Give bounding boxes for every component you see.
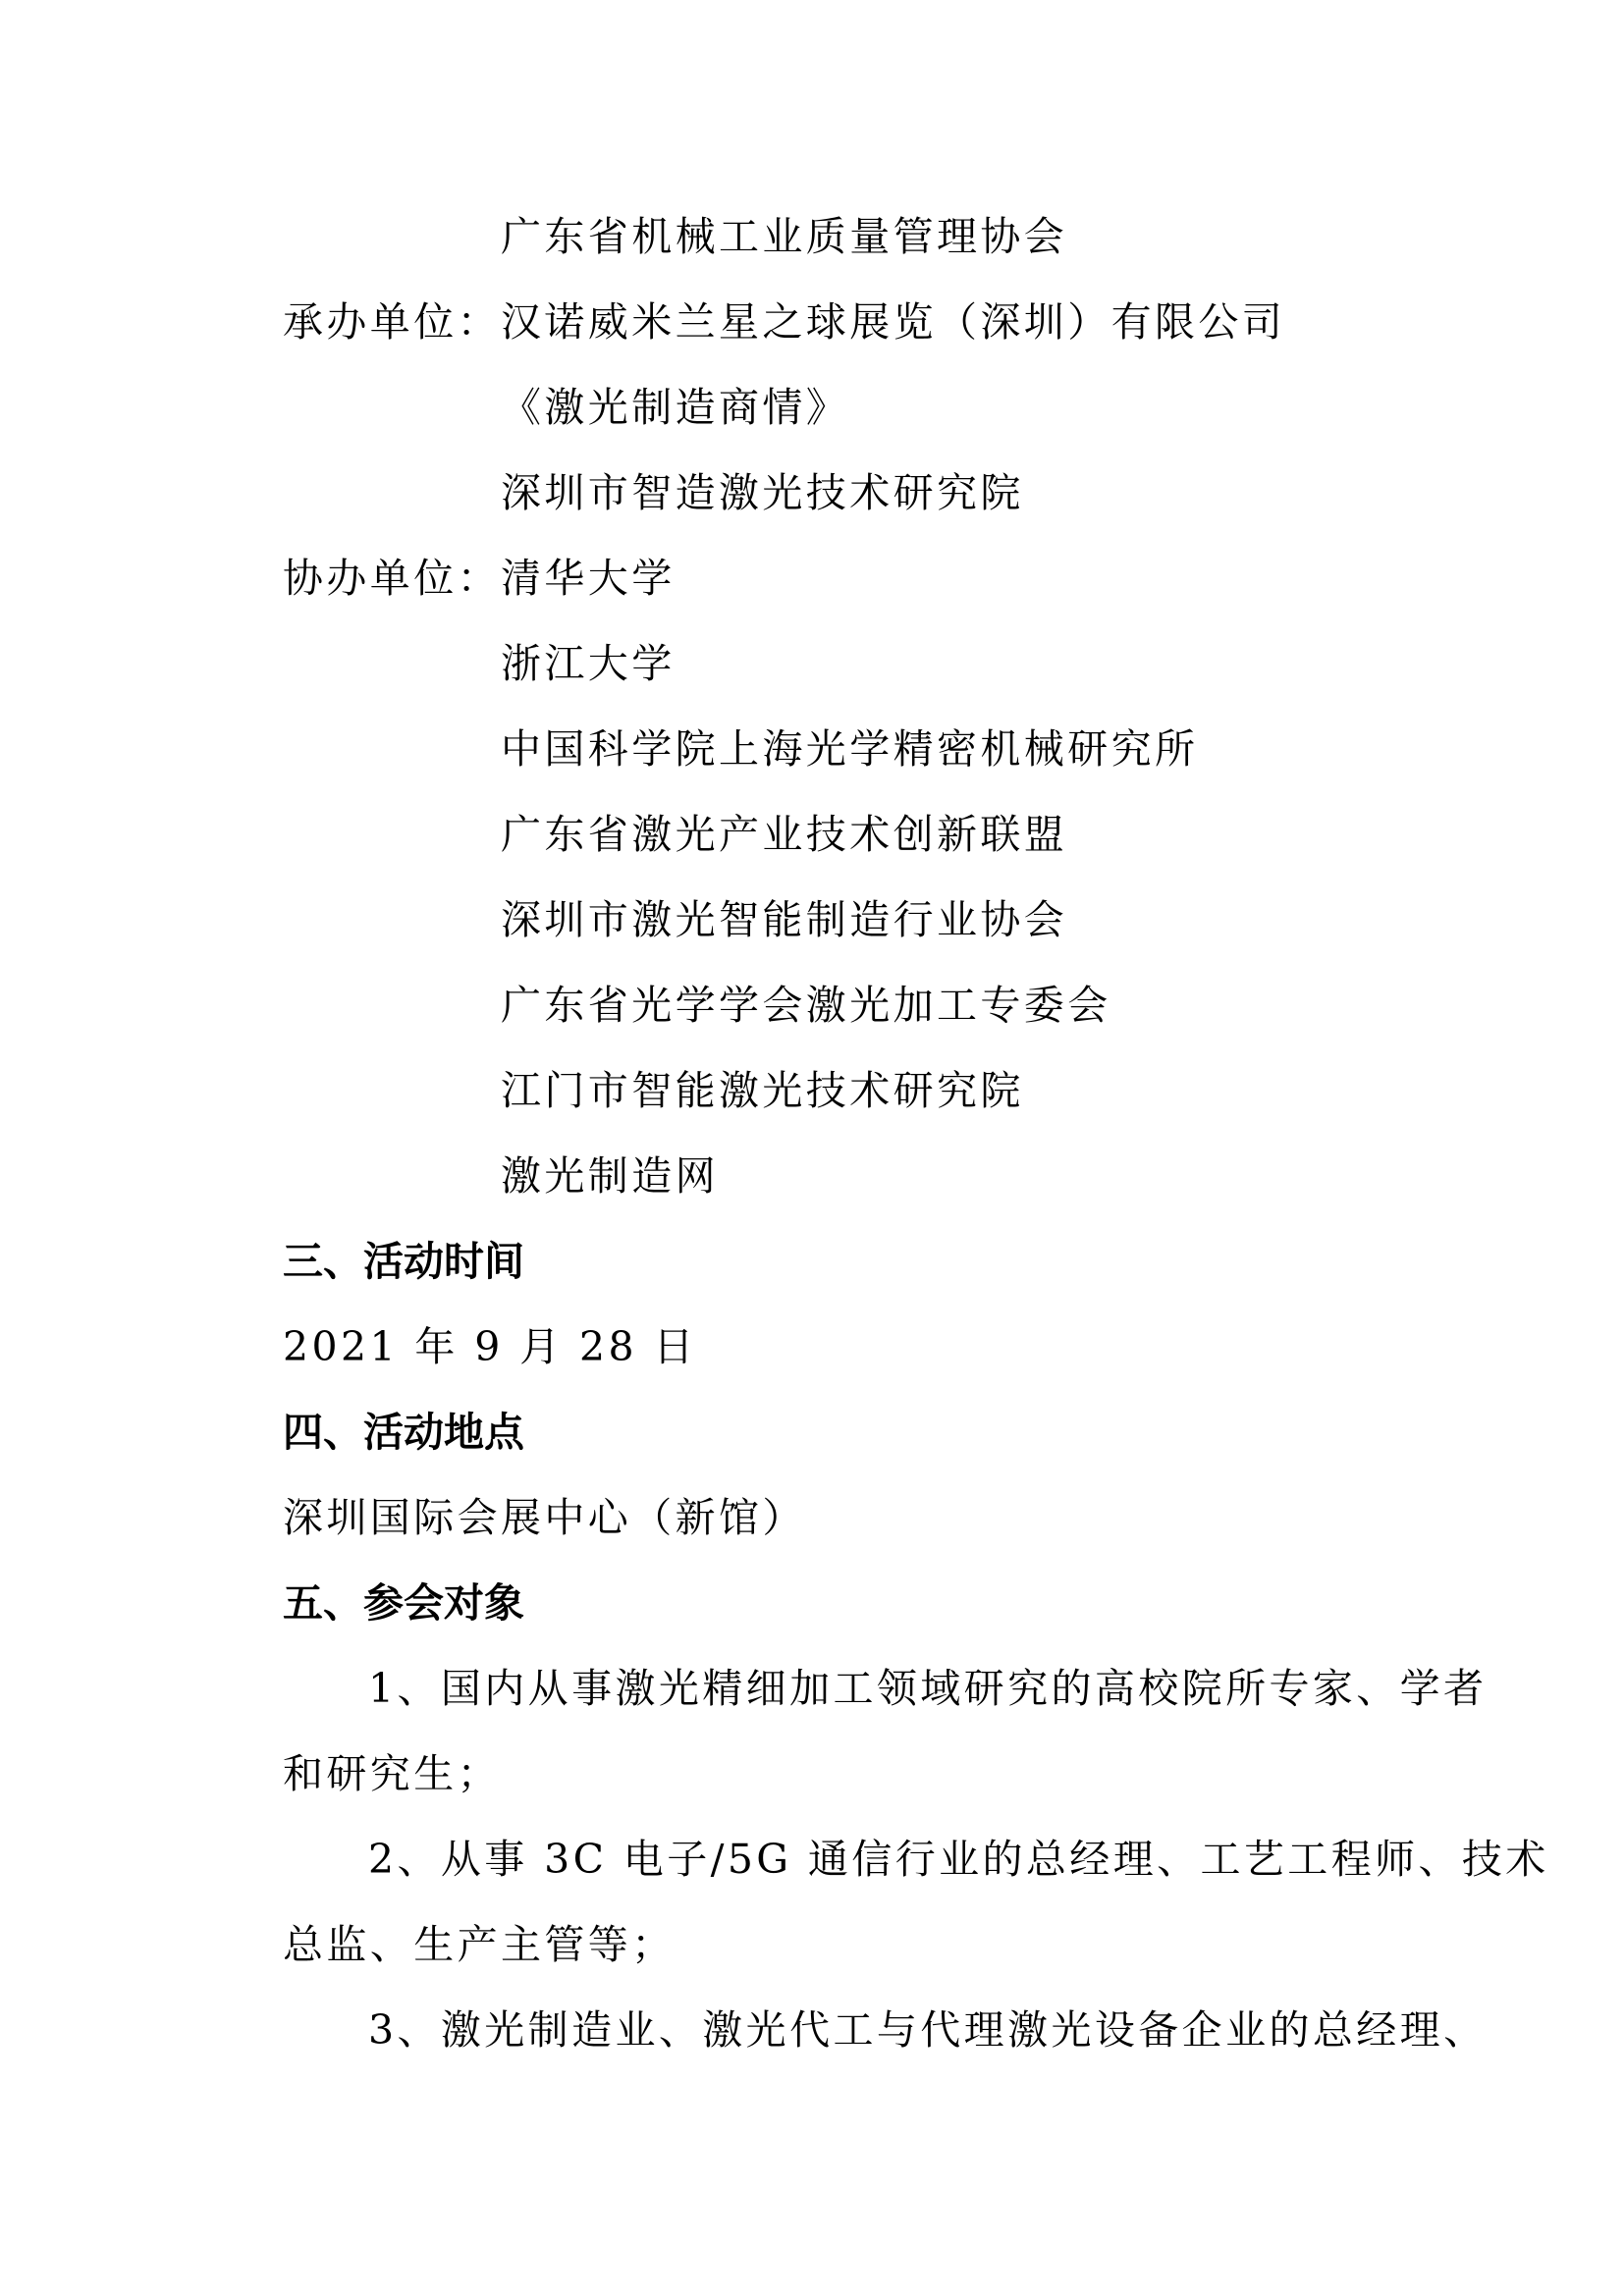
undertaker-item: 《激光制造商情》 — [197, 365, 1411, 451]
section-heading-attendees: 五、参会对象 — [197, 1561, 1411, 1646]
co-organizer-item: 江门市智能激光技术研究院 — [197, 1048, 1411, 1134]
co-organizer-item: 浙江大学 — [197, 621, 1411, 707]
co-organizer-label: 协办单位： — [283, 555, 501, 602]
co-organizer-item: 广东省激光产业技术创新联盟 — [197, 792, 1411, 878]
attendee-paragraph-1: 1、国内从事激光精细加工领域研究的高校院所专家、学者 和研究生； — [197, 1646, 1411, 1817]
attendee-paragraph-line: 总监、生产主管等； — [197, 1902, 1411, 1988]
co-organizer-item: 广东省光学学会激光加工专委会 — [197, 963, 1411, 1048]
organizer-item: 广东省机械工业质量管理协会 — [197, 194, 1411, 280]
undertaker-row: 承办单位：汉诺威米兰星之球展览（深圳）有限公司 — [197, 280, 1411, 365]
event-date: 2021 年 9 月 28 日 — [197, 1305, 1411, 1390]
co-organizer-row: 协办单位：清华大学 — [197, 536, 1411, 621]
section-heading-time: 三、活动时间 — [197, 1219, 1411, 1305]
attendee-paragraph-line: 3、激光制造业、激光代工与代理激光设备企业的总经理、 — [197, 1988, 1411, 2073]
co-organizer-item: 清华大学 — [501, 555, 676, 602]
attendee-paragraph-line: 1、国内从事激光精细加工领域研究的高校院所专家、学者 — [197, 1646, 1411, 1732]
section-heading-venue: 四、活动地点 — [197, 1390, 1411, 1475]
co-organizer-item: 中国科学院上海光学精密机械研究所 — [197, 707, 1411, 792]
undertaker-item: 深圳市智造激光技术研究院 — [197, 451, 1411, 536]
attendee-paragraph-line: 2、从事 3C 电子/5G 通信行业的总经理、工艺工程师、技术 — [197, 1817, 1411, 1902]
attendee-paragraph-2: 2、从事 3C 电子/5G 通信行业的总经理、工艺工程师、技术 总监、生产主管等… — [197, 1817, 1411, 1988]
attendee-paragraph-3: 3、激光制造业、激光代工与代理激光设备企业的总经理、 — [197, 1988, 1411, 2073]
undertaker-item: 汉诺威米兰星之球展览（深圳）有限公司 — [501, 298, 1285, 346]
undertaker-label: 承办单位： — [283, 298, 501, 346]
document-page: 广东省机械工业质量管理协会 承办单位：汉诺威米兰星之球展览（深圳）有限公司 《激… — [0, 0, 1624, 2296]
co-organizer-item: 深圳市激光智能制造行业协会 — [197, 878, 1411, 963]
document-body: 广东省机械工业质量管理协会 承办单位：汉诺威米兰星之球展览（深圳）有限公司 《激… — [197, 194, 1411, 2073]
co-organizer-item: 激光制造网 — [197, 1134, 1411, 1219]
event-venue: 深圳国际会展中心（新馆） — [197, 1475, 1411, 1561]
attendee-paragraph-line: 和研究生； — [197, 1732, 1411, 1817]
